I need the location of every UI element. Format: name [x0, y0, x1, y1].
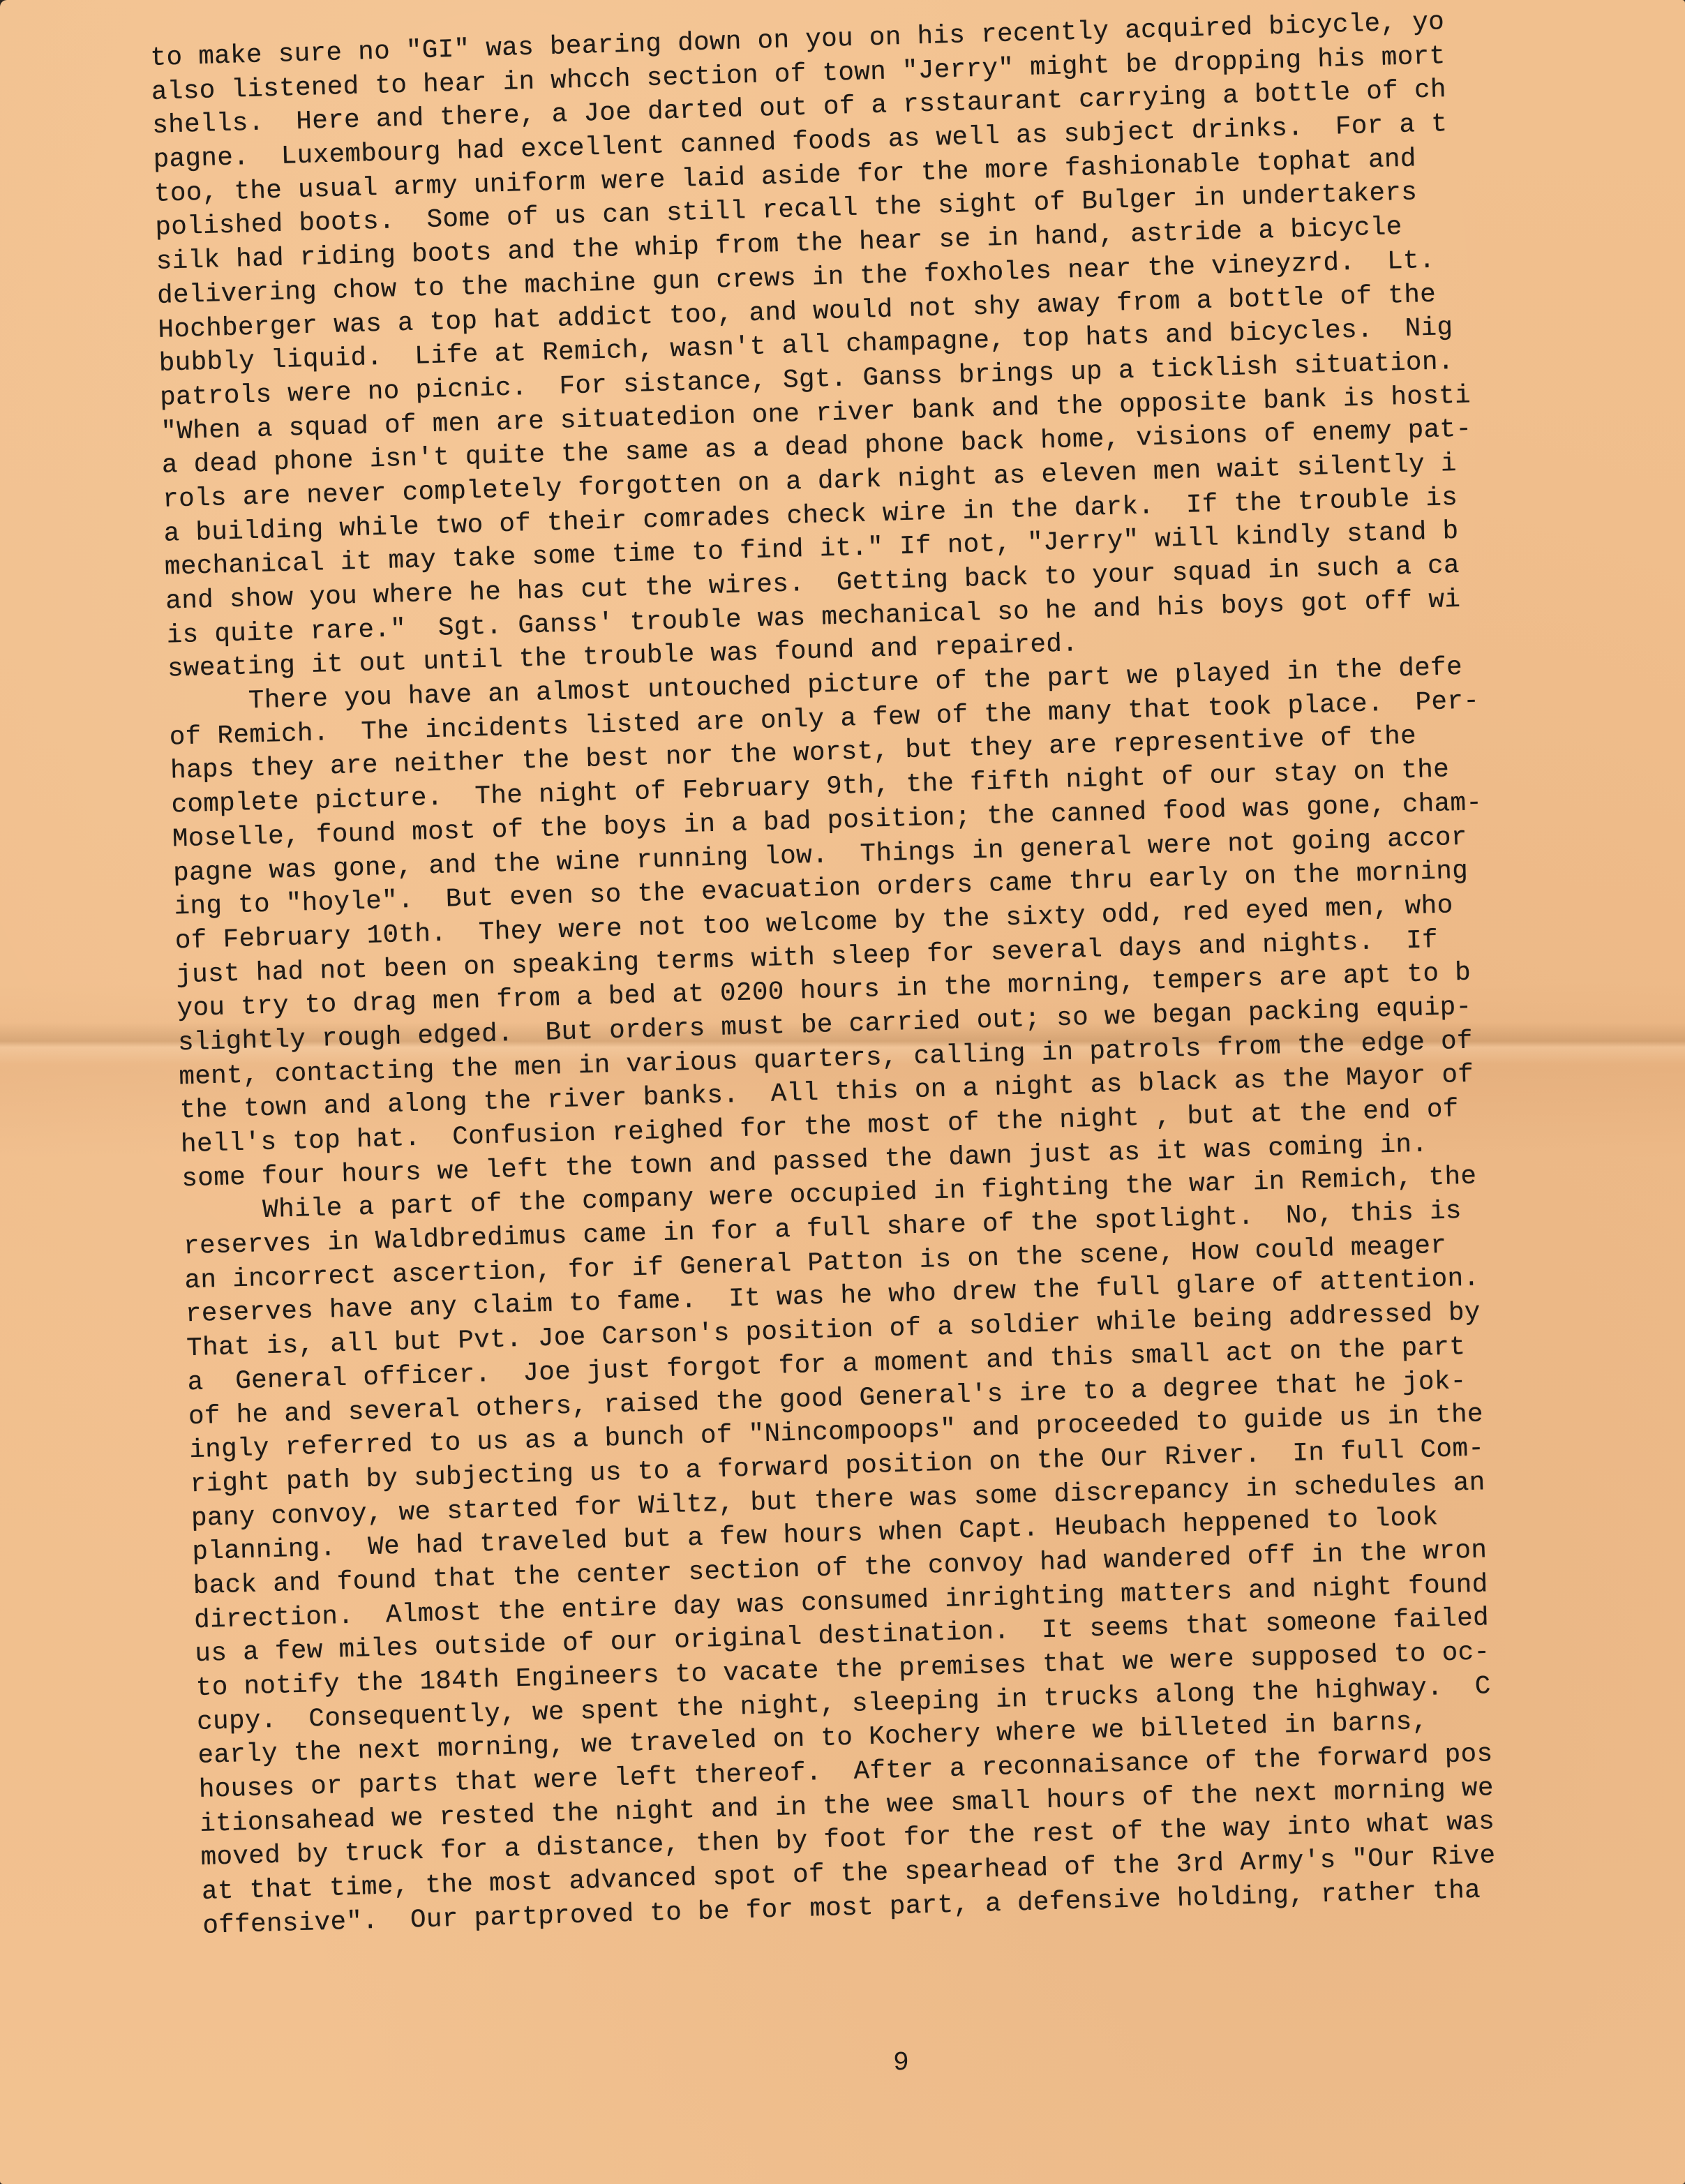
page-number: 9	[893, 2048, 909, 2078]
typewritten-text-body: to make sure no "GI" was bearing down on…	[150, 1, 1675, 1943]
typewritten-page: to make sure no "GI" was bearing down on…	[0, 0, 1685, 2184]
